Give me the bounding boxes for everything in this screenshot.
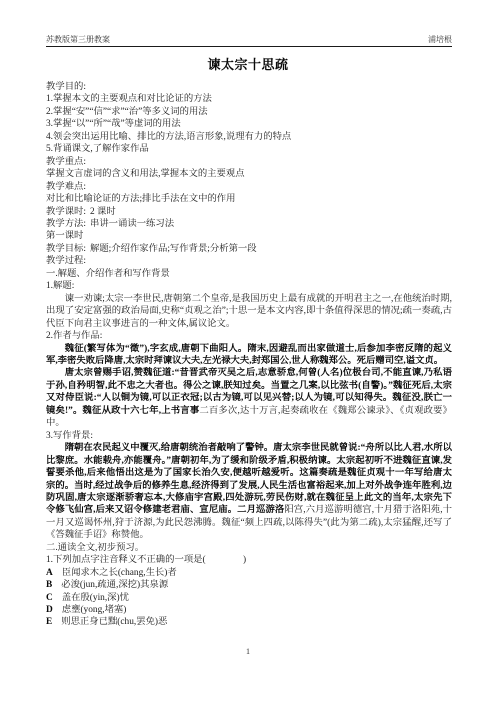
- background-paragraph: 隋朝在农民起义中覆灭,给唐朝统治者敲响了警钟。唐太宗李世民就曾说:“舟所以比人君…: [46, 442, 452, 542]
- objective-item: 3.掌握“以”“所”“哉”等虚词的用法: [46, 118, 452, 130]
- document-page: 苏教版第三册教案 浦培根 谏太宗十思疏 教学目的: 1.掌握本文的主要观点和对比…: [0, 0, 496, 702]
- class-hours-line: 教学课时:2 课时: [46, 206, 452, 218]
- option-label: D: [46, 605, 53, 615]
- header-right-text: 浦培根: [428, 34, 452, 45]
- page-header: 苏教版第三册教案 浦培根: [46, 34, 452, 45]
- option-label: C: [46, 593, 53, 603]
- teaching-method-label: 教学方法:: [46, 219, 86, 229]
- key-points-text: 掌握文言虚词的含义和用法,掌握本文的主要观点: [46, 168, 452, 180]
- objective-item: 4.领会突出运用比喻、排比的方法,语言形象,说理有力的特点: [46, 131, 452, 143]
- option-text: 必浚(jun,疏通,深挖)其泉源: [61, 580, 168, 590]
- quiz-option: B必浚(jun,疏通,深挖)其泉源: [46, 579, 452, 591]
- page-number: 1: [0, 647, 496, 656]
- class-hours-value: 2 课时: [90, 207, 116, 217]
- period-goal-line: 教学目标:解题;介绍作家作品;写作背景;分析第一段: [46, 243, 452, 255]
- objective-item: 1.掌握本文的主要观点和对比论证的方法: [46, 93, 452, 105]
- option-label: A: [46, 568, 53, 578]
- option-text: 则思正身已黜(chu,罢免)恶: [61, 617, 167, 627]
- quiz-option: A臣闻求木之长(chang,生长)者: [46, 567, 452, 579]
- period-goal-text: 解题;介绍作家作品;写作背景;分析第一段: [90, 244, 257, 254]
- option-text: 臣闻求木之长(chang,生长)者: [62, 568, 177, 578]
- background-subheading: 3.写作背景:: [46, 430, 452, 442]
- teaching-process-heading: 教学过程:: [46, 255, 452, 267]
- author-paragraph-1-text: 魏征(繁写体为“徵”),字玄成,唐朝下曲阳人。隋末,因避乱而出家做道士,后参加李…: [46, 344, 452, 366]
- difficult-points-heading: 教学难点:: [46, 181, 452, 193]
- period-goal-label: 教学目标:: [46, 244, 86, 254]
- quiz-question: 1.下列加点字注音释义不正确的一项是( ): [46, 554, 452, 566]
- key-points-heading: 教学重点:: [46, 156, 452, 168]
- difficult-points-text: 对比和比喻论证的方法;排比手法在文中的作用: [46, 193, 452, 205]
- quiz-option: E则思正身已黜(chu,罢免)恶: [46, 616, 452, 628]
- teaching-method-value: 串讲一诵读一练习法: [90, 219, 174, 229]
- quiz-option: C盖在殷(yin,深)忧: [46, 592, 452, 604]
- objectives-heading: 教学目的:: [46, 81, 452, 93]
- section-two-heading: 二.通读全文,初步预习。: [46, 542, 452, 554]
- first-period-heading: 第一课时: [46, 230, 452, 242]
- document-body: 教学目的: 1.掌握本文的主要观点和对比论证的方法 2.掌握“安”“信”“求”“…: [46, 81, 452, 629]
- header-rule: [46, 46, 452, 47]
- option-label: B: [46, 580, 52, 590]
- jieti-subheading: 1.解题:: [46, 280, 452, 292]
- objective-item: 5.背诵课文,了解作家作品: [46, 143, 452, 155]
- jieti-text: 谏一劝谏;太宗一李世民,唐朝第二个皇帝,是我国历史上最有成就的开明君主之一,在他…: [46, 294, 452, 329]
- document-title: 谏太宗十思疏: [0, 54, 496, 73]
- author-paragraph-1: 魏征(繁写体为“徵”),字玄成,唐朝下曲阳人。隋末,因避乱而出家做道士,后参加李…: [46, 343, 452, 368]
- author-subheading: 2.作者与作品:: [46, 330, 452, 342]
- class-hours-label: 教学课时:: [46, 207, 86, 217]
- header-left-text: 苏教版第三册教案: [46, 34, 110, 45]
- objective-item: 2.掌握“安”“信”“求”“治”等多义词的用法: [46, 106, 452, 118]
- option-label: E: [46, 617, 52, 627]
- author-paragraph-2: 唐太宗曾赐手诏,赞魏征道:“昔晋武帝灭吴之后,志意骄怠,何曾(人名)位极台司,不…: [46, 367, 452, 429]
- quiz-option: D虑壅(yong,堵塞): [46, 604, 452, 616]
- option-text: 盖在殷(yin,深)忧: [62, 593, 129, 603]
- teaching-method-line: 教学方法:串讲一诵读一练习法: [46, 218, 452, 230]
- jieti-paragraph: 谏一劝谏;太宗一李世民,唐朝第二个皇帝,是我国历史上最有成就的开明君主之一,在他…: [46, 293, 452, 330]
- section-one-heading: 一.解题、介绍作者和写作背景: [46, 268, 452, 280]
- option-text: 虑壅(yong,堵塞): [62, 605, 127, 615]
